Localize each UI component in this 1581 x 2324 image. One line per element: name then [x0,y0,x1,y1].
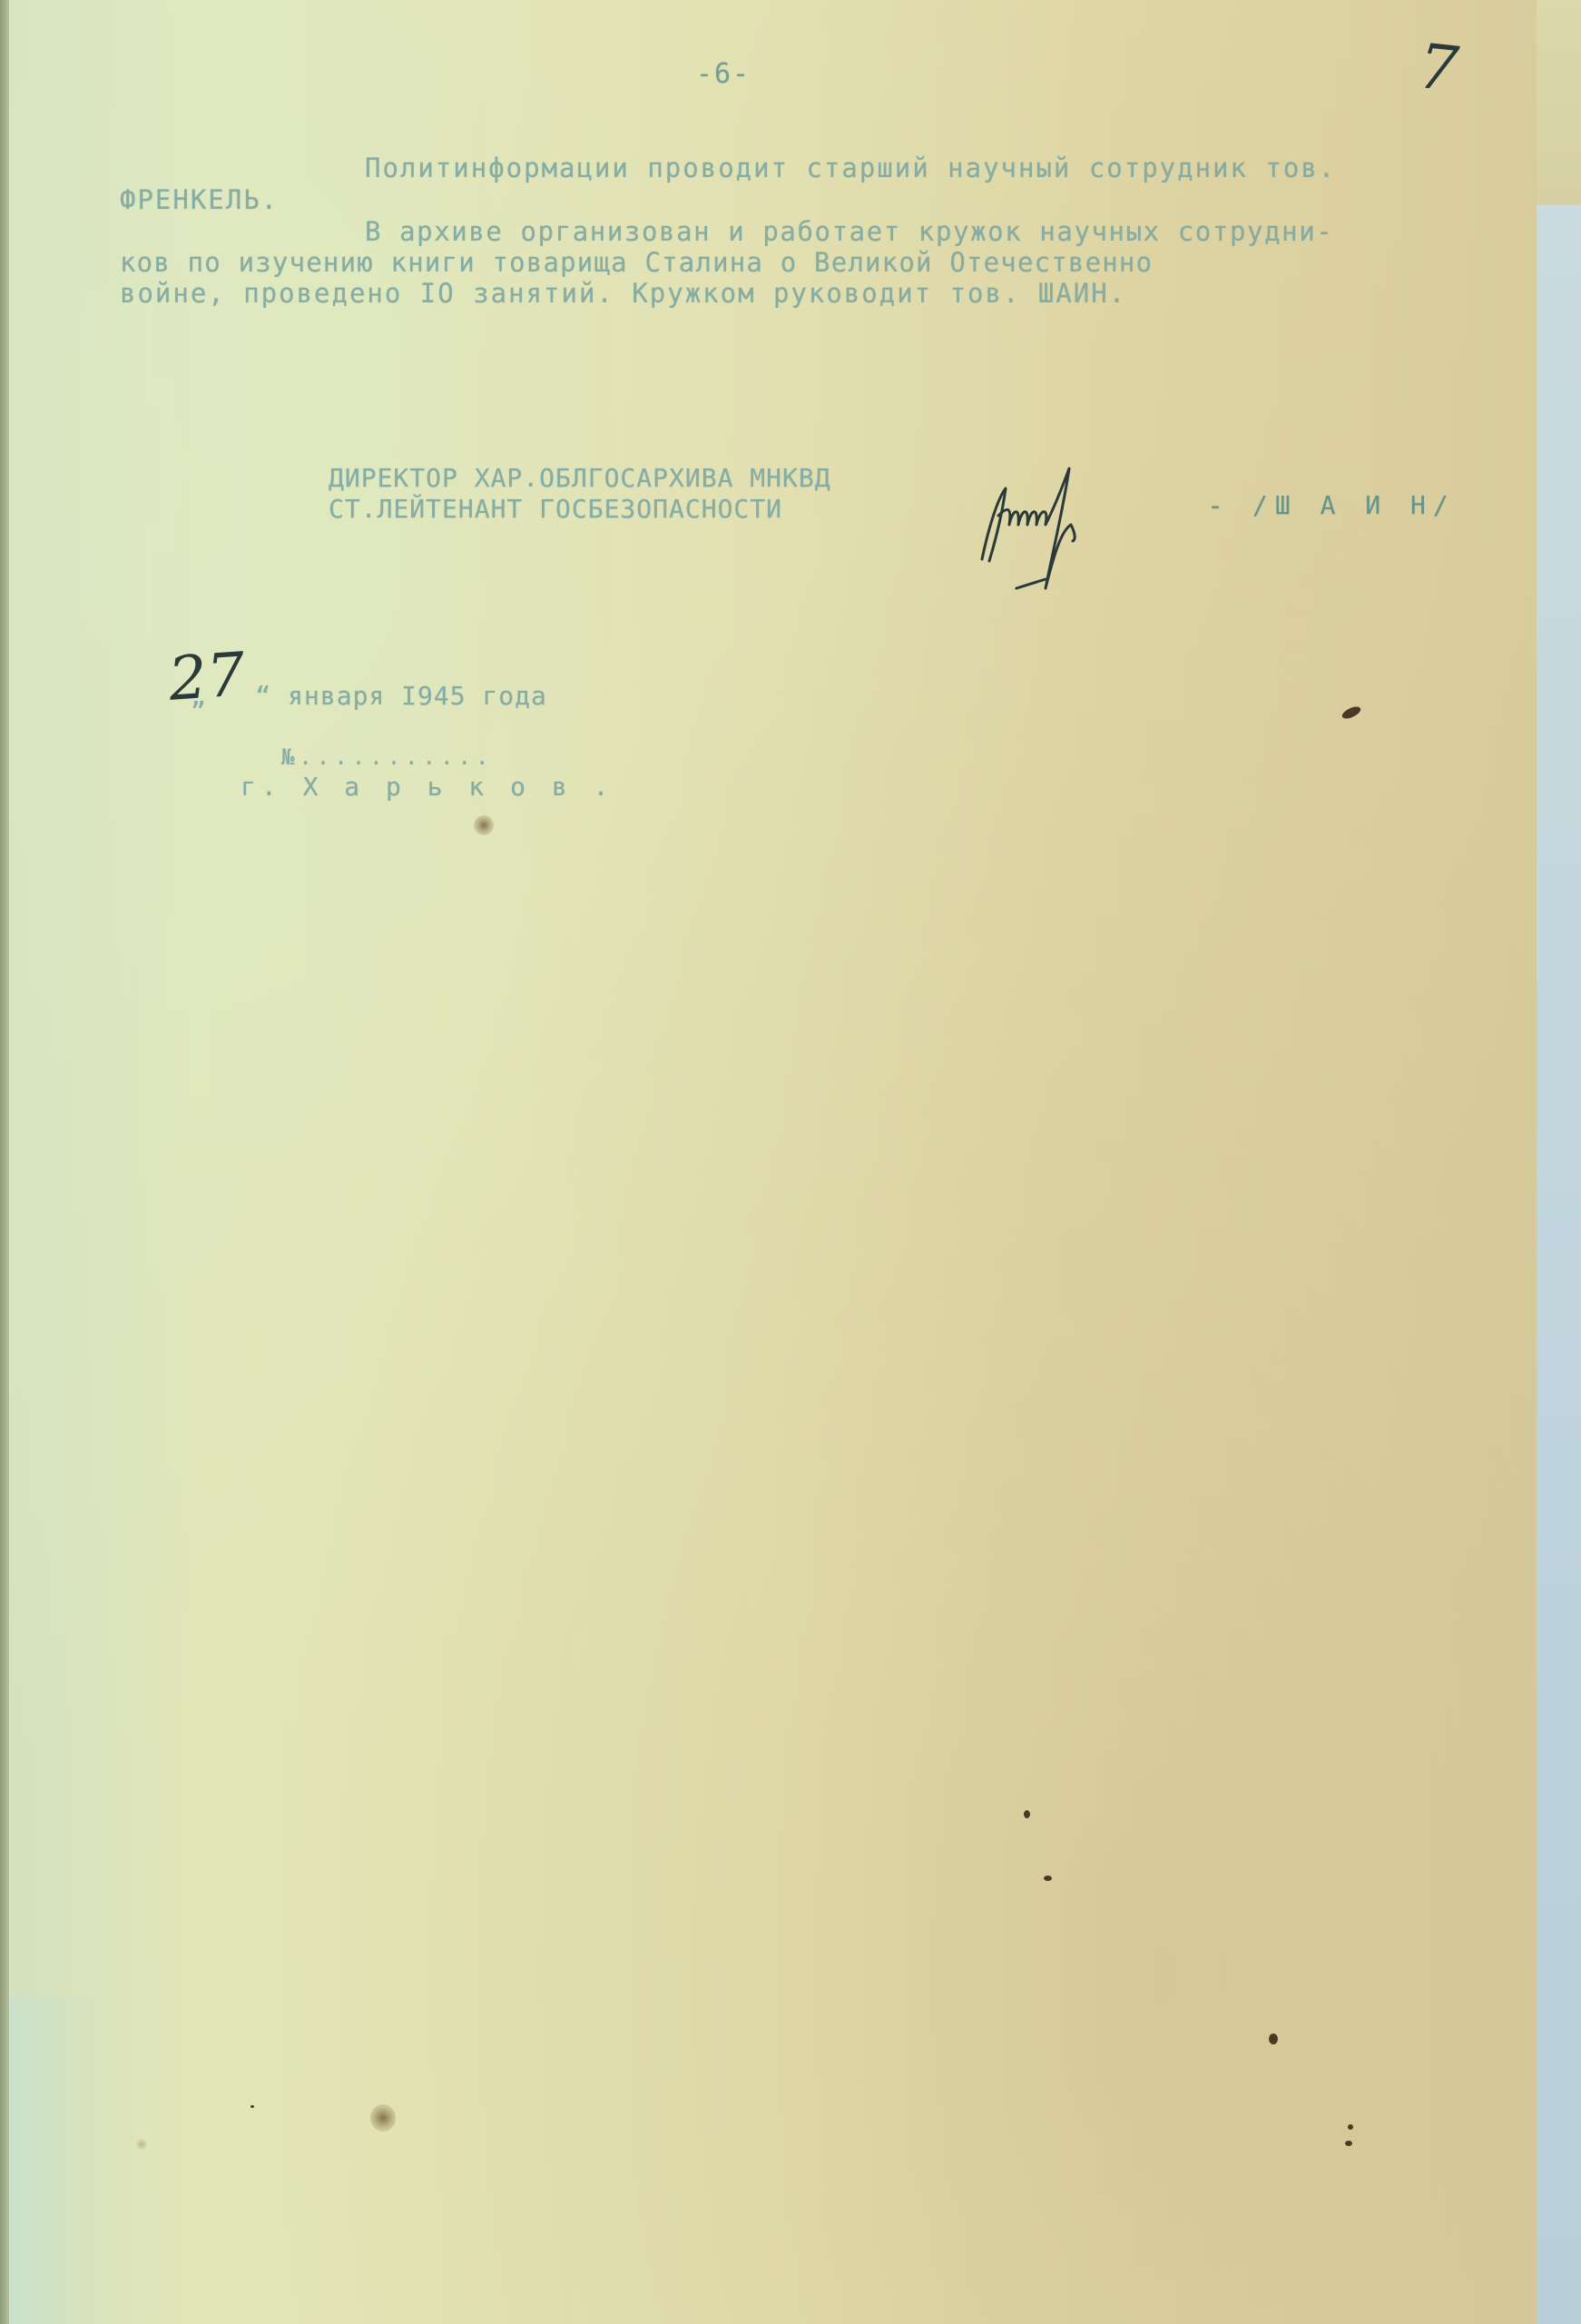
paper-stain [474,815,494,835]
paper-speck [1269,2033,1278,2044]
paper-speck [1024,1810,1030,1818]
paper-speck [1345,2141,1352,2146]
city-name: г. Х а р ь к о в . [241,772,614,802]
paper-speck [250,2105,254,2108]
handwritten-signature [962,452,1198,597]
document-number-line: №........... [281,744,493,770]
paragraph-1-line-1: Политинформации проводит старший научный… [365,153,1336,183]
signature-dash: - [1207,490,1225,522]
paragraph-1-line-2: ФРЕНКЕЛЬ. [120,184,279,215]
page-number: -6- [696,58,751,90]
background-sheet-tan [1534,0,1581,207]
paragraph-2-line-3: войне, проведено IO занятий. Кружком рук… [120,278,1126,309]
signatory-title-line-2: СТ.ЛЕЙТЕНАНТ ГОСБЕЗОПАСНОСТИ [329,494,782,524]
signatory-title-line-1: ДИРЕКТОР ХАР.ОБЛГОСАРХИВА МНКВД [329,463,831,493]
background-sheet-blue [1536,205,1581,2324]
paragraph-2-line-2: ков по изучению книги товарища Сталина о… [120,247,1153,278]
paper-stain [370,2104,396,2132]
scan-left-edge [0,0,9,2324]
folio-number-handwritten: 7 [1415,31,1461,106]
document-page: -6- 7 Политинформации проводит старший н… [9,0,1537,2324]
paper-speck [1348,2124,1353,2130]
paper-speck [1340,704,1362,721]
paper-stain [136,2139,147,2150]
paper-speck [1044,1876,1052,1881]
paragraph-2-line-1: В архиве организован и работает кружок н… [365,216,1333,247]
signatory-name: /Ш А И Н/ [1252,490,1456,520]
date-month-year: „ “ января I945 года [191,681,547,711]
